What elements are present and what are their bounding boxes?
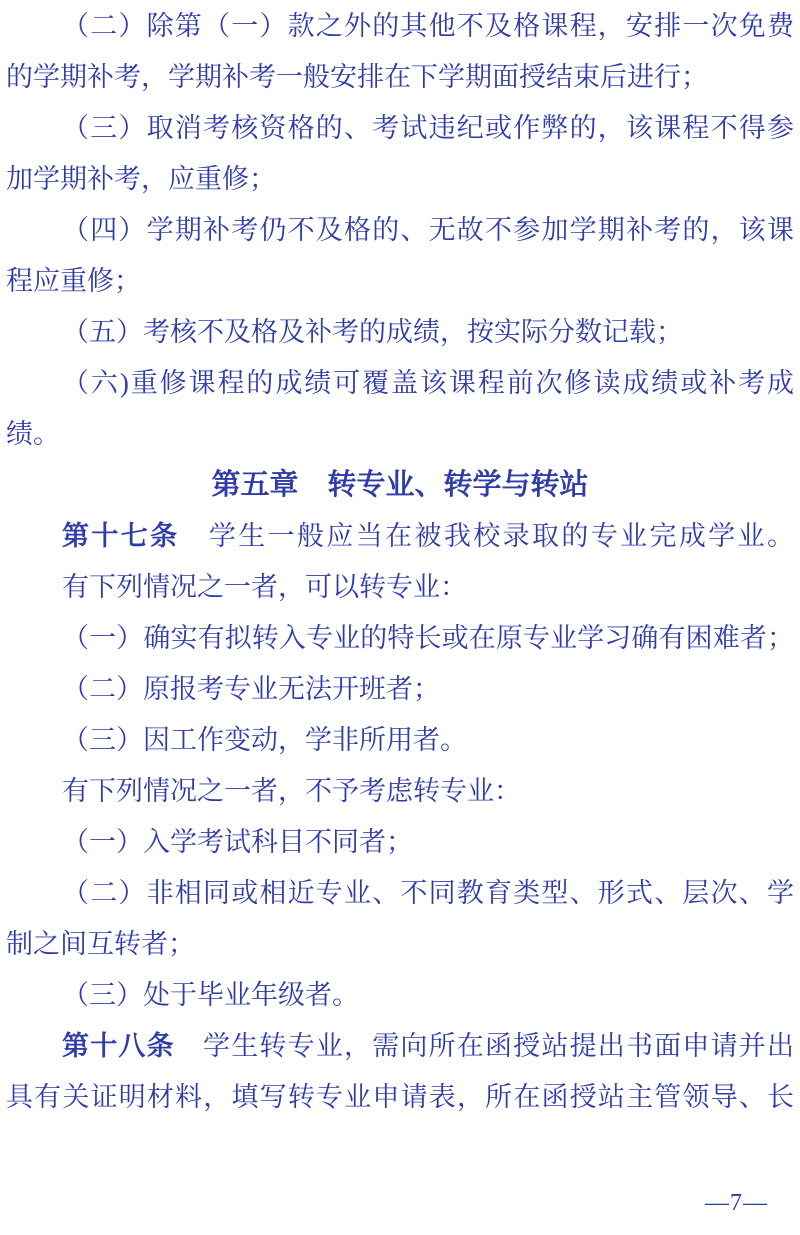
text-line: 绩。 xyxy=(6,409,794,460)
text-line: 有下列情况之一者，可以转专业： xyxy=(6,562,794,613)
text-line: 加学期补考，应重修； xyxy=(6,154,794,205)
text-line: （四）学期补考仍不及格的、无故不参加学期补考的，该课 xyxy=(6,205,794,256)
text-line: 程应重修； xyxy=(6,256,794,307)
text-line: 有下列情况之一者，不予考虑转专业： xyxy=(6,766,794,817)
text-line: （六)重修课程的成绩可覆盖该课程前次修读成绩或补考成 xyxy=(6,358,794,409)
article-number: 第十七条 xyxy=(62,521,180,551)
chapter-heading: 第五章 转专业、转学与转站 xyxy=(6,460,794,511)
text-line: （二）原报考专业无法开班者； xyxy=(6,664,794,715)
text-line: 制之间互转者； xyxy=(6,919,794,970)
text-line: （三）处于毕业年级者。 xyxy=(6,970,794,1021)
text-line: 第十七条 学生一般应当在被我校录取的专业完成学业。 xyxy=(6,511,794,562)
text-line: （三）取消考核资格的、考试违纪或作弊的，该课程不得参 xyxy=(6,103,794,154)
text-line: （二）除第（一）款之外的其他不及格课程，安排一次免费 xyxy=(6,1,794,52)
text-line: 第十八条 学生转专业，需向所在函授站提出书面申请并出 xyxy=(6,1021,794,1072)
page-number: —7— xyxy=(705,1188,768,1218)
text-line: （三）因工作变动，学非所用者。 xyxy=(6,715,794,766)
article-number: 第十八条 xyxy=(62,1031,175,1061)
text-line: （五）考核不及格及补考的成绩，按实际分数记载； xyxy=(6,307,794,358)
text-line: （一）确实有拟转入专业的特长或在原专业学习确有困难者； xyxy=(6,613,794,664)
document-body: （二）除第（一）款之外的其他不及格课程，安排一次免费的学期补考，学期补考一般安排… xyxy=(6,0,794,1123)
text-line: （二）非相同或相近专业、不同教育类型、形式、层次、学 xyxy=(6,868,794,919)
text-line: 具有关证明材料，填写转专业申请表，所在函授站主管领导、长 xyxy=(6,1072,794,1123)
text-line: （一）入学考试科目不同者； xyxy=(6,817,794,868)
text-line: 的学期补考，学期补考一般安排在下学期面授结束后进行； xyxy=(6,52,794,103)
document-page: （二）除第（一）款之外的其他不及格课程，安排一次免费的学期补考，学期补考一般安排… xyxy=(0,0,800,1235)
